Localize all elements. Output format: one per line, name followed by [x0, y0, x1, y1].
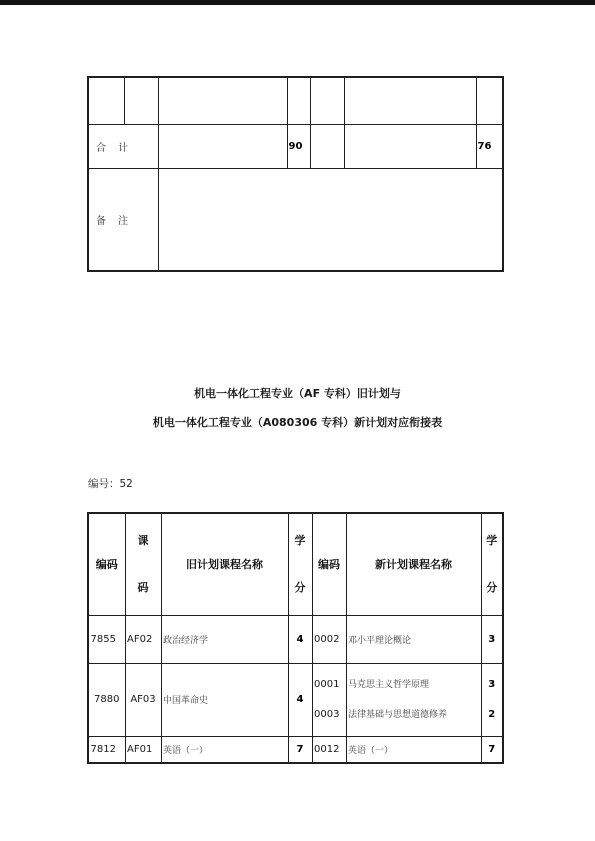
mapping-row-3: 7812 AF01 英语（一） 7 0012 英语（一） 7 [88, 736, 503, 763]
mapping-header-row: 编码 课 码 旧计划课程名称 学 分 编码 新计划课程名称 学 分 [88, 513, 503, 615]
page-top-black-bar [0, 0, 595, 5]
old-course-name: 中国革命史 [161, 663, 288, 736]
old-credit: 4 [288, 663, 312, 736]
header-course-code: 课 码 [125, 513, 161, 615]
total-label: 合 计 [88, 124, 158, 168]
mapping-row-2: 7880 AF03 中国革命史 4 0001 0003 马克思主义哲学原理 法律… [88, 663, 503, 736]
document-page: { "page": { "title_line1": "机电一体化工程专业（AF… [0, 0, 595, 841]
header-old-credit-line1: 学 [289, 517, 312, 564]
empty-cell [158, 124, 287, 168]
new-course-name: 法律基础与思想道德修养 [348, 700, 481, 730]
document-title-line1: 机电一体化工程专业（AF 专科）旧计划与 [0, 388, 595, 400]
mapping-row-1: 7855 AF02 政治经济学 4 0002 邓小平理论概论 3 [88, 615, 503, 663]
empty-cell [310, 124, 344, 168]
course-code: AF01 [125, 736, 161, 763]
old-code: 7880 [88, 663, 125, 736]
new-credit: 3 [482, 670, 503, 700]
header-old-course-name: 旧计划课程名称 [161, 513, 288, 615]
empty-cell [88, 77, 124, 124]
empty-cell [124, 77, 158, 124]
new-credit: 2 [482, 700, 503, 730]
new-course-name: 英语（一） [346, 736, 481, 763]
old-plan-total-credits: 90 [287, 124, 310, 168]
course-code: AF02 [125, 615, 161, 663]
new-credit-list: 3 2 [481, 663, 503, 736]
new-code: 0001 [314, 670, 346, 700]
course-mapping-table: 编码 课 码 旧计划课程名称 学 分 编码 新计划课程名称 学 分 7855 A… [87, 512, 504, 764]
new-course-name: 马克思主义哲学原理 [348, 670, 481, 700]
header-old-code: 编码 [88, 513, 125, 615]
old-code: 7855 [88, 615, 125, 663]
header-course-code-line2: 码 [126, 564, 161, 611]
old-credit: 7 [288, 736, 312, 763]
remark-label: 备 注 [88, 168, 158, 271]
remark-content-cell [158, 168, 503, 271]
course-code: AF03 [125, 663, 161, 736]
summary-table: 合 计 90 76 备 注 [87, 76, 504, 272]
header-old-credit: 学 分 [288, 513, 312, 615]
summary-empty-row [88, 77, 503, 124]
header-new-code: 编码 [312, 513, 346, 615]
old-course-name: 英语（一） [161, 736, 288, 763]
empty-cell [310, 77, 344, 124]
header-new-credit: 学 分 [481, 513, 503, 615]
new-code: 0003 [314, 700, 346, 730]
header-old-credit-line2: 分 [289, 564, 312, 611]
old-code: 7812 [88, 736, 125, 763]
serial-number-label: 编号：52 [88, 476, 133, 491]
empty-cell [158, 77, 287, 124]
new-code: 0012 [312, 736, 346, 763]
empty-cell [344, 77, 476, 124]
new-course-name: 邓小平理论概论 [346, 615, 481, 663]
empty-cell [476, 77, 503, 124]
header-new-course-name: 新计划课程名称 [346, 513, 481, 615]
empty-cell [287, 77, 310, 124]
summary-total-row: 合 计 90 76 [88, 124, 503, 168]
header-new-credit-line1: 学 [482, 517, 503, 564]
new-code: 0002 [312, 615, 346, 663]
new-code-list: 0001 0003 [312, 663, 346, 736]
new-credit: 7 [481, 736, 503, 763]
new-credit: 3 [481, 615, 503, 663]
old-course-name: 政治经济学 [161, 615, 288, 663]
empty-cell [344, 124, 476, 168]
summary-remark-row: 备 注 [88, 168, 503, 271]
old-credit: 4 [288, 615, 312, 663]
new-plan-total-credits: 76 [476, 124, 503, 168]
header-course-code-line1: 课 [126, 517, 161, 564]
header-new-credit-line2: 分 [482, 564, 503, 611]
document-title-line2: 机电一体化工程专业（A080306 专科）新计划对应衔接表 [0, 417, 595, 429]
new-course-name-list: 马克思主义哲学原理 法律基础与思想道德修养 [346, 663, 481, 736]
